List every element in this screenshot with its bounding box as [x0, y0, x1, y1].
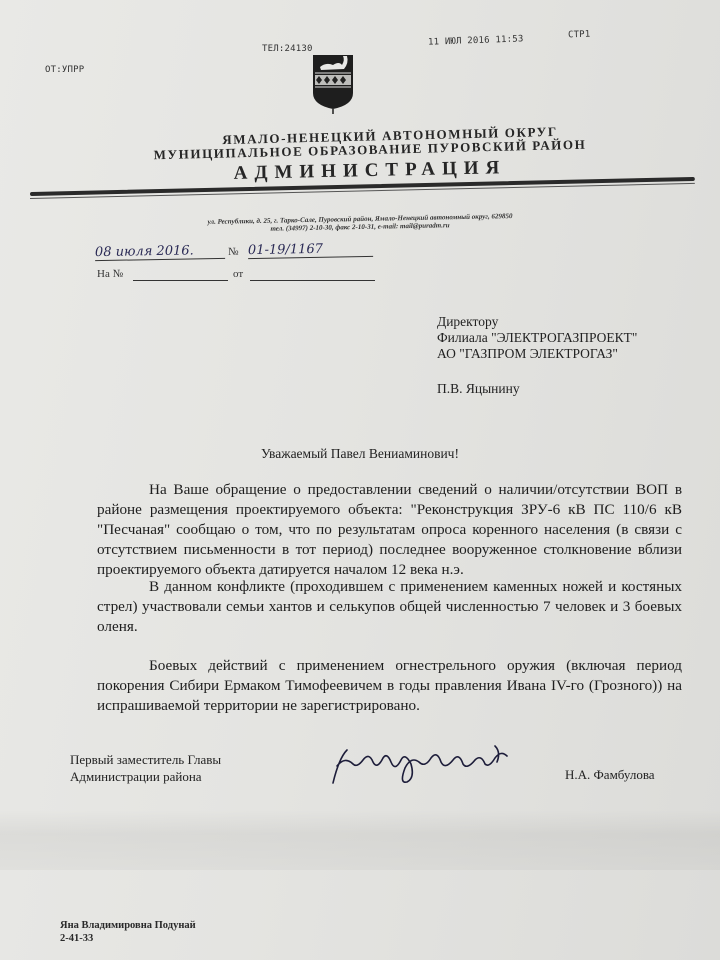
- addressee-position: Директору: [437, 314, 637, 330]
- body-paragraph-1: На Ваше обращение о предоставлении сведе…: [97, 480, 682, 580]
- executor-block: Яна Владимировна Подунай 2-41-33: [60, 919, 196, 945]
- body-paragraph-2: В данном конфликте (проходившем с примен…: [97, 577, 682, 637]
- addressee-branch: Филиала "ЭЛЕКТРОГАЗПРОЕКТ": [437, 330, 637, 346]
- signatory-title: Первый заместитель Главы Администрации р…: [70, 751, 221, 785]
- outgoing-date: 08 июля 2016.: [95, 243, 225, 261]
- fax-from: ОТ:УПРР: [45, 65, 84, 75]
- fax-datetime: 11 ИЮЛ 2016 11:53: [428, 34, 524, 47]
- executor-phone: 2-41-33: [60, 932, 196, 945]
- body-paragraph-3: Боевых действий с применением огнестрель…: [97, 656, 682, 716]
- scanned-letter: ОТ:УПРР ТЕЛ:24130 11 ИЮЛ 2016 11:53 СТР1…: [0, 0, 720, 960]
- fax-page: СТР1: [568, 30, 591, 41]
- signatory-name: Н.А. Фамбулова: [565, 767, 655, 783]
- executor-name: Яна Владимировна Подунай: [60, 919, 196, 932]
- page-shadow: [0, 810, 720, 870]
- addressee-company: АО "ГАЗПРОМ ЭЛЕКТРОГАЗ": [437, 346, 637, 362]
- fax-tel: ТЕЛ:24130: [262, 44, 313, 54]
- reference-date-blank: [250, 280, 375, 281]
- addressee-block: Директору Филиала "ЭЛЕКТРОГАЗПРОЕКТ" АО …: [437, 314, 637, 397]
- addressee-name: П.В. Яцынину: [437, 381, 637, 397]
- reference-number-blank: [133, 280, 228, 281]
- reference-date-label: от: [233, 268, 243, 280]
- outgoing-number-label: №: [228, 246, 239, 258]
- salutation: Уважаемый Павел Вениаминович!: [0, 446, 720, 462]
- reference-number-label: На №: [97, 268, 123, 280]
- coat-of-arms-icon: [311, 53, 355, 115]
- handwritten-signature-icon: [325, 738, 525, 788]
- outgoing-number: 01-19/1167: [248, 241, 373, 259]
